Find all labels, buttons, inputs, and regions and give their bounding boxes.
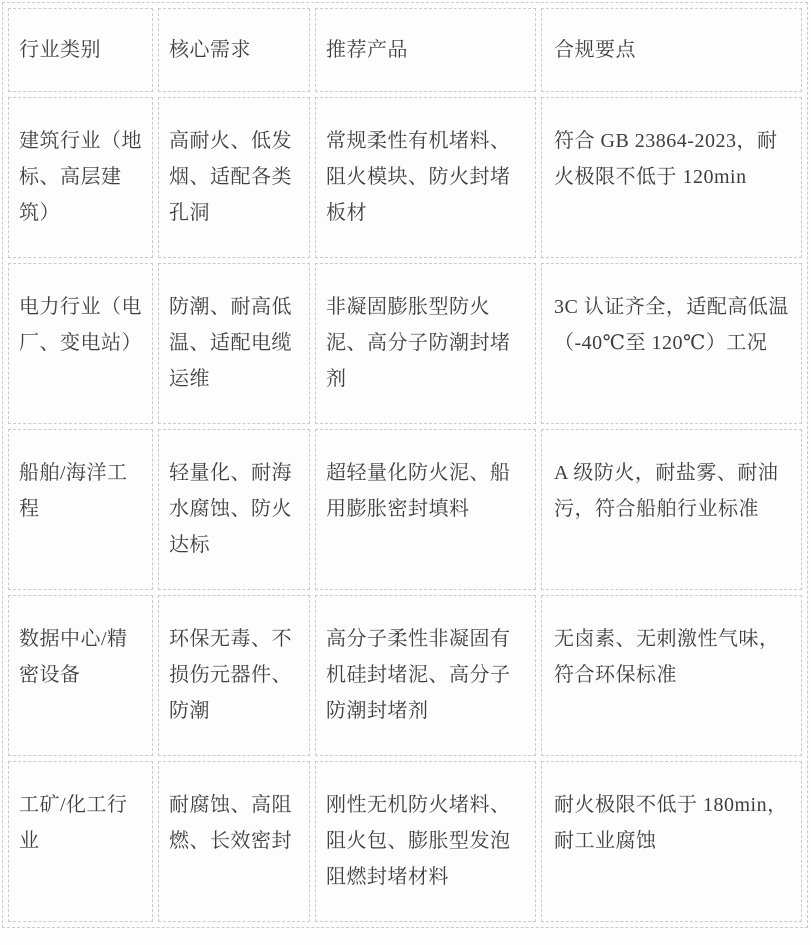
column-header-needs: 核心需求 (158, 8, 310, 92)
cell-products: 超轻量化防火泥、船用膨胀密封填料 (315, 429, 536, 590)
table-row: 数据中心/精密设备 环保无毒、不损伤元器件、防潮 高分子柔性非凝固有机硅封堵泥、… (8, 595, 802, 756)
header-row: 行业类别 核心需求 推荐产品 合规要点 (8, 8, 802, 92)
cell-compliance: 耐火极限不低于 180min，耐工业腐蚀 (541, 761, 802, 922)
cell-products: 常规柔性有机堵料、阻火模块、防火封堵板材 (315, 97, 536, 258)
cell-compliance: 符合 GB 23864-2023，耐火极限不低于 120min (541, 97, 802, 258)
cell-products: 高分子柔性非凝固有机硅封堵泥、高分子防潮封堵剂 (315, 595, 536, 756)
cell-products: 非凝固膨胀型防火泥、高分子防潮封堵剂 (315, 263, 536, 424)
cell-industry: 电力行业（电厂、变电站） (8, 263, 153, 424)
cell-industry: 船舶/海洋工程 (8, 429, 153, 590)
column-header-industry: 行业类别 (8, 8, 153, 92)
cell-needs: 轻量化、耐海水腐蚀、防火达标 (158, 429, 310, 590)
cell-industry: 工矿/化工行业 (8, 761, 153, 922)
cell-needs: 环保无毒、不损伤元器件、防潮 (158, 595, 310, 756)
table-row: 建筑行业（地标、高层建筑） 高耐火、低发烟、适配各类孔洞 常规柔性有机堵料、阻火… (8, 97, 802, 258)
column-header-compliance: 合规要点 (541, 8, 802, 92)
table-header: 行业类别 核心需求 推荐产品 合规要点 (8, 8, 802, 92)
cell-needs: 高耐火、低发烟、适配各类孔洞 (158, 97, 310, 258)
industry-product-table: 行业类别 核心需求 推荐产品 合规要点 建筑行业（地标、高层建筑） 高耐火、低发… (2, 2, 808, 928)
cell-compliance: 3C 认证齐全，适配高低温（-40℃至 120℃）工况 (541, 263, 802, 424)
cell-needs: 防潮、耐高低温、适配电缆运维 (158, 263, 310, 424)
cell-needs: 耐腐蚀、高阻燃、长效密封 (158, 761, 310, 922)
cell-industry: 数据中心/精密设备 (8, 595, 153, 756)
cell-products: 刚性无机防火堵料、阻火包、膨胀型发泡阻燃封堵材料 (315, 761, 536, 922)
cell-industry: 建筑行业（地标、高层建筑） (8, 97, 153, 258)
table-body: 建筑行业（地标、高层建筑） 高耐火、低发烟、适配各类孔洞 常规柔性有机堵料、阻火… (8, 97, 802, 922)
table-row: 船舶/海洋工程 轻量化、耐海水腐蚀、防火达标 超轻量化防火泥、船用膨胀密封填料 … (8, 429, 802, 590)
cell-compliance: A 级防火，耐盐雾、耐油污，符合船舶行业标准 (541, 429, 802, 590)
column-header-products: 推荐产品 (315, 8, 536, 92)
table-row: 电力行业（电厂、变电站） 防潮、耐高低温、适配电缆运维 非凝固膨胀型防火泥、高分… (8, 263, 802, 424)
table-row: 工矿/化工行业 耐腐蚀、高阻燃、长效密封 刚性无机防火堵料、阻火包、膨胀型发泡阻… (8, 761, 802, 922)
cell-compliance: 无卤素、无刺激性气味，符合环保标准 (541, 595, 802, 756)
